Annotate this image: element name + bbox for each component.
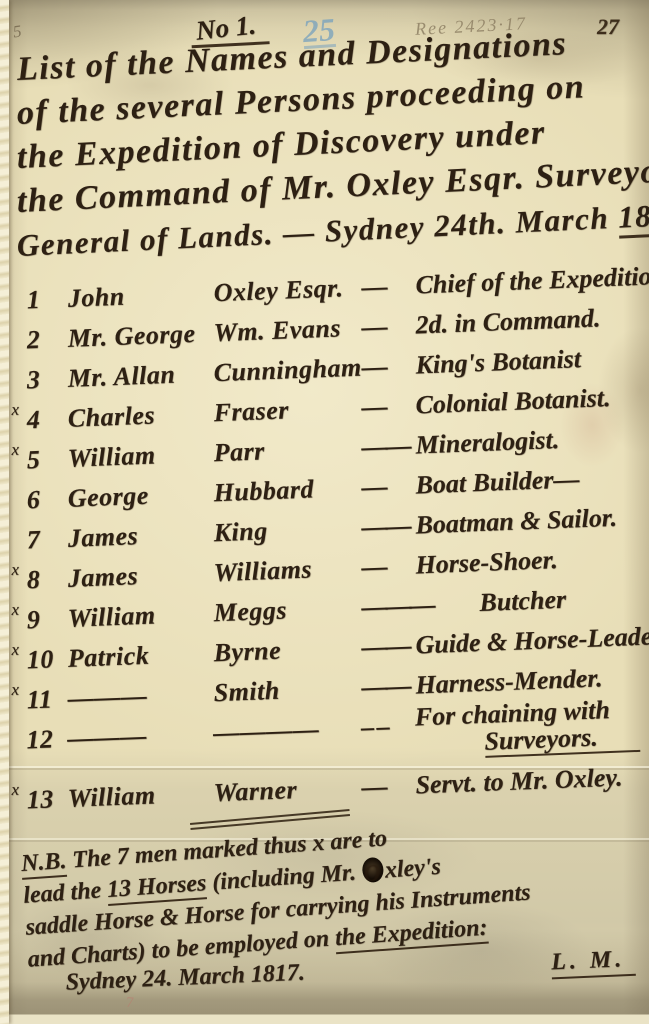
entry-number: x4 [11,404,68,436]
nb-note: N.B. The 7 men marked thus x are to lead… [20,806,636,1010]
dash-rule: —— [361,671,416,703]
nb-abbreviation: N.B. [20,848,67,880]
blue-pencil-number: 25 [302,15,336,49]
first-name: George [67,478,214,514]
surname: Hubbard [213,473,362,509]
surname-blank-rule: ———— [213,713,362,749]
expedition-roster: 1 John Oxley Esqr. — Chief of the Expedi… [12,286,640,826]
first-name: William [67,598,214,634]
surname: Smith [213,673,362,709]
dash-rule: —— [361,631,416,663]
document-title: List of the Names and Designations of th… [18,48,636,268]
surname: Byrne [213,633,362,669]
x-mark: x [11,680,20,700]
dash-rule: — [361,771,416,803]
surname: Meggs [213,593,362,629]
ink-blot: O [362,857,385,883]
first-name: Patrick [67,638,214,674]
first-name: Mr. George [67,318,214,354]
first-name: James [67,558,214,594]
first-name: Mr. Allan [67,358,214,394]
bottom-pencil-mark: 7 [125,995,134,1013]
x-mark: x [11,560,20,580]
x-mark: x [11,400,20,420]
dash-rule: — [361,271,416,303]
surname: Cunningham [213,353,362,389]
surname: Williams [213,553,362,589]
x-mark: x [11,640,20,660]
dash-rule: — [361,391,416,423]
first-name: Charles [67,398,214,434]
first-name-blank-rule: ——— [67,718,214,754]
designation: For chaining with Surveyors. [414,695,640,761]
surname: Fraser [213,393,362,429]
signature: L. M. [551,946,636,979]
x-mark: x [11,780,20,800]
entry-number: 2 [11,324,68,356]
entry-number: x11 [11,684,68,716]
corner-pencil-mark: 5 [12,22,23,43]
entry-number: x5 [11,444,68,476]
entry-number: x13 [11,784,68,816]
dash-rule: —— [361,431,416,463]
entry-number: 1 [11,284,68,316]
entry-number: x10 [11,644,68,676]
surname: Wm. Evans [213,313,362,349]
first-name: William [67,438,214,474]
entry-number: x8 [11,564,68,596]
surname: Parr [213,433,362,469]
surname: Warner [213,773,362,809]
title-line-5-left: General of Lands. — [16,214,316,263]
entry-number: 7 [11,524,68,556]
entry-number: 6 [11,484,68,516]
designation-line-2: Surveyors. [484,722,640,758]
first-name: John [67,278,214,314]
entry-number: 3 [11,364,68,396]
document-number: No 1. [194,8,269,49]
manuscript-page: 5 No 1. 25 Ree 2423·17 27 7 List of the … [0,0,649,1024]
first-name: William [67,778,214,814]
dash-rule: — [361,471,416,503]
first-name-blank-rule: ——— [67,678,214,714]
entry-number: x9 [11,604,68,636]
page-number: 27 [597,14,619,40]
first-name: James [67,518,214,554]
dash-rule: — [361,551,416,583]
x-mark: x [11,600,20,620]
dash-rule: —— [361,511,416,543]
dash-rule: – – [361,711,416,743]
surname: King [213,513,362,549]
dash-rule: — [361,351,416,383]
underlined-expedition: the Expedition: [334,915,488,955]
x-mark: x [11,440,20,460]
surname: Oxley Esqr. [213,273,362,309]
deckle-edge [0,0,9,1024]
dash-rule: — [361,311,416,343]
title-dateline-year: 1817. [617,196,649,239]
entry-number: 12 [11,724,68,756]
title-dateline-place: Sydney 24th. March [315,200,619,249]
dash-rule: ——— [361,590,434,623]
